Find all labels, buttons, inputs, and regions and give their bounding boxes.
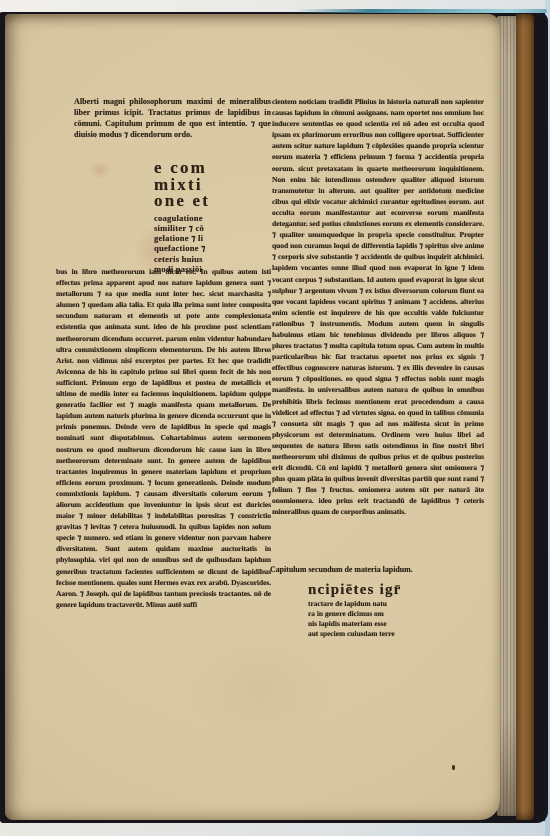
second-initial-small-line: tractare de lapidum natu xyxy=(308,599,403,609)
incipit-header: Alberti magni philosophorum maximi de mi… xyxy=(74,97,271,141)
opening-initial-small-line: gelatione ⁊ li xyxy=(154,233,238,243)
opening-initial-small-line: ceteris huius xyxy=(154,254,238,264)
binding-leather-edge xyxy=(516,14,534,820)
page-fore-edge xyxy=(497,16,518,816)
right-column-body: cientem noticiam tradidit Plinius in his… xyxy=(272,96,484,574)
chapter-two-heading: Capitulum secundum de materia lapidum. xyxy=(270,565,413,574)
second-initial-small-line: ra in genere dicimus om xyxy=(308,609,403,619)
book-page: Alberti magni philosophorum maximi de mi… xyxy=(5,14,500,820)
cover-top-edge-highlight xyxy=(295,9,547,13)
second-initial-small-line: nis lapidis materiam esse xyxy=(308,619,403,629)
second-initial-block: ncipiētes igr̄ tractare de lapidum natu … xyxy=(308,582,403,639)
paper-stain xyxy=(89,160,111,180)
opening-initial-large-line: one et xyxy=(154,193,238,210)
photo-background-bottom xyxy=(0,821,550,836)
book-cover-block: Alberti magni philosophorum maximi de mi… xyxy=(0,12,548,823)
second-initial-large-line: ncipiētes igr̄ xyxy=(308,582,403,599)
opening-initial-small-line: quefactione ⁊ xyxy=(154,243,238,253)
opening-initial-block: e com mixti one et coagulatione similite… xyxy=(154,160,238,274)
left-column-body: bus in libro metheororum iam dictū est. … xyxy=(56,266,271,664)
ink-fleck xyxy=(452,765,455,770)
second-initial-small-lines: tractare de lapidum natu ra in genere di… xyxy=(308,599,403,639)
opening-initial-small-lines: coagulatione similiter ⁊ cō gelatione ⁊ … xyxy=(154,213,238,275)
opening-initial-small-line: similiter ⁊ cō xyxy=(154,223,238,233)
book-photograph: Alberti magni philosophorum maximi de mi… xyxy=(0,0,550,836)
second-initial-small-line: aut speciem cuiusdam terre xyxy=(308,629,403,639)
opening-initial-small-line: coagulatione xyxy=(154,213,238,223)
